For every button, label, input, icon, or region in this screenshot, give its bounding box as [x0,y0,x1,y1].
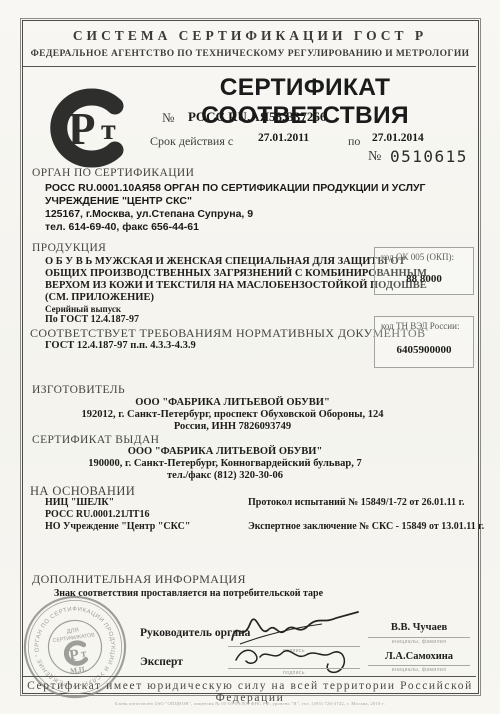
issued-to-line: тел./факс (812) 320-30-06 [45,470,405,481]
basis-right-line: Протокол испытаний № 15849/1-72 от 26.01… [248,497,464,508]
expert-name-rule [368,665,470,666]
expert-signature-rule [228,668,360,669]
svg-text:т: т [101,113,116,146]
organ-line: 125167, г.Москва, ул.Степана Супруна, 9 [45,208,253,220]
valid-to-date: 27.01.2014 [372,132,424,144]
head-name: В.В. Чучаев [368,622,470,633]
okp-code-box: код ОК 005 (ОКП): 88 8000 [374,247,474,295]
header-divider [23,66,476,67]
stamp-rst-mark: Р [68,646,80,664]
cert-no-label: № [162,110,174,126]
cert-number: РОСС RU.АЯ58.В37266 [188,109,326,125]
svg-text:Р: Р [68,104,96,154]
expert-name: Л.А.Самохина [368,651,470,662]
validity-label: Срок действия с [150,134,233,149]
footer-divider [23,676,476,677]
tnved-label: код ТН ВЭД России: [381,321,459,331]
agency-line: ФЕДЕРАЛЬНОЕ АГЕНТСТВО ПО ТЕХНИЧЕСКОМУ РЕ… [24,49,476,59]
issued-to-heading: СЕРТИФИКАТ ВЫДАН [32,434,159,446]
conformity-value: ГОСТ 12.4.187-97 п.п. 4.3.3-4.3.9 [45,340,196,351]
basis-right-line: Экспертное заключение № СКС - 15849 от 1… [248,521,484,532]
valid-to-label: по [348,134,360,149]
okp-label: код ОК 005 (ОКП): [381,252,454,262]
expert-role-label: Эксперт [140,656,183,668]
production-heading: ПРОДУКЦИЯ [32,242,106,254]
organ-heading: ОРГАН ПО СЕРТИФИКАЦИИ [32,167,194,179]
blank-no-label: № [368,149,381,165]
organ-line: тел. 614-69-40, факс 656-44-61 [45,221,199,233]
svg-text:т: т [80,647,88,660]
basis-left-line: РОСС RU.0001.21ЛТ16 [45,509,149,520]
organ-line: РОСС RU.0001.10АЯ58 ОРГАН ПО СЕРТИФИКАЦИ… [45,182,426,194]
production-line: ОБЩИХ ПРОИЗВОДСТВЕННЫХ ЗАГРЯЗНЕНИЙ С КОМ… [45,268,427,279]
tnved-value: 6405900000 [375,344,473,356]
production-line: (СМ. ПРИЛОЖЕНИЕ) [45,292,154,303]
issued-to-line: 190000, г. Санкт-Петербург, Конногвардей… [45,458,405,469]
production-gost: По ГОСТ 12.4.187-97 [45,314,139,325]
blank-number: 0510615 [390,147,468,166]
blank-fine-print: Бланк изготовлен ЗАО "ОПЦИОН", лицензия … [0,701,500,706]
basis-left-line: НИЦ "ШЕЛК" [45,497,114,508]
name-caption: инициалы, фамилия [368,639,470,645]
manufacturer-line: 192012, г. Санкт-Петербург, проспект Обу… [45,409,420,420]
head-name-rule [368,637,470,638]
manufacturer-line: Россия, ИНН 7826093749 [45,421,420,432]
manufacturer-line: ООО "ФАБРИКА ЛИТЬЕВОЙ ОБУВИ" [45,397,420,408]
name-caption: инициалы, фамилия [368,667,470,673]
production-line: О Б У В Ь МУЖСКАЯ И ЖЕНСКАЯ СПЕЦИАЛЬНАЯ … [45,256,406,267]
basis-left-line: НО Учреждение "Центр "СКС" [45,521,190,532]
organ-line: УЧРЕЖДЕНИЕ "ЦЕНТР СКС" [45,195,192,207]
rst-conformity-mark-icon: Р т [36,86,136,171]
system-line: СИСТЕМА СЕРТИФИКАЦИИ ГОСТ Р [24,28,476,44]
okp-value: 88 8000 [375,273,473,285]
certificate-page: СИСТЕМА СЕРТИФИКАЦИИ ГОСТ Р ФЕДЕРАЛЬНОЕ … [0,0,500,714]
tnved-code-box: код ТН ВЭД России: 6405900000 [374,316,474,368]
additional-heading: ДОПОЛНИТЕЛЬНАЯ ИНФОРМАЦИЯ [32,572,246,587]
production-line: ВЕРХОМ ИЗ КОЖИ И ТЕКСТИЛЯ НА МАСЛОБЕНЗОС… [45,280,427,291]
production-serial: Серийный выпуск [45,304,121,314]
issued-to-line: ООО "ФАБРИКА ЛИТЬЕВОЙ ОБУВИ" [45,446,405,457]
stamp-mp-label: М.П. [69,664,87,675]
conformity-heading: СООТВЕТСТВУЕТ ТРЕБОВАНИЯМ НОРМАТИВНЫХ ДО… [30,326,425,341]
valid-from-date: 27.01.2011 [258,132,309,144]
manufacturer-heading: ИЗГОТОВИТЕЛЬ [32,384,125,396]
